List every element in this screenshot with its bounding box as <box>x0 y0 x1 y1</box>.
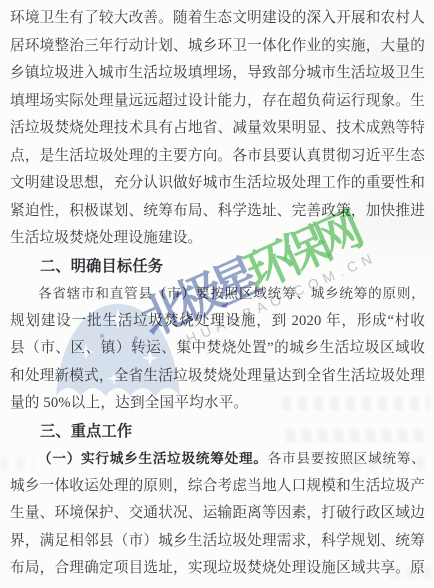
doc-line: 界，满足相邻县（市）城乡生活垃圾处理需求，科学规划、统筹 <box>10 528 425 556</box>
doc-line: （一）实行城乡生活垃圾统筹处理。各市县要按照区域统筹、 <box>10 445 425 473</box>
doc-line: 布局，合理确定项目选址，实现垃圾焚烧处理设施区域共享。原 <box>10 555 425 583</box>
doc-line: 生活垃圾焚烧处理设施建设。 <box>10 225 425 253</box>
doc-line: 填埋场实际处理量远远超过设计能力，存在超负荷运行现象。生 <box>10 88 425 116</box>
doc-line: 和处理新模式，全省生活垃圾焚烧处理量达到全省生活垃圾处理 <box>10 363 425 391</box>
doc-line: 紧迫性，积极谋划、统筹布局、科学选址、完善政策，加快推进 <box>10 198 425 226</box>
doc-line: 文明建设思想，充分认识做好城市生活垃圾处理工作的重要性和 <box>10 170 425 198</box>
section-heading-3: 三、重点工作 <box>10 418 425 446</box>
clause-heading: （一）实行城乡生活垃圾统筹处理。 <box>38 451 268 466</box>
doc-line-text: 各市县要按照区域统筹、 <box>268 451 425 466</box>
document-page: 环境卫生有了较大改善。随着生态文明建设的深入开展和农村人 居环境整治三年行动计划… <box>0 0 434 588</box>
doc-line: 生量、环境保护、交通状况、运输距离等因素，打破行政区域边 <box>10 500 425 528</box>
doc-line: 乡镇垃圾进入城市生活垃圾填埋场，导致部分城市生活垃圾卫生 <box>10 60 425 88</box>
doc-line: 活垃圾焚烧处理技术具有占地省、减量效果明显、技术成熟等特 <box>10 115 425 143</box>
doc-line: 居环境整治三年行动计划、城乡环卫一体化作业的实施，大量的 <box>10 33 425 61</box>
doc-line: 量的 50%以上，达到全国平均水平。 <box>10 390 425 418</box>
doc-line: 县（市、区、镇）转运、集中焚烧处置”的城乡生活垃圾区域收运 <box>10 335 425 363</box>
doc-line: 城乡一体收运处理的原则，综合考虑当地人口规模和生活垃圾产 <box>10 473 425 501</box>
doc-line: 环境卫生有了较大改善。随着生态文明建设的深入开展和农村人 <box>10 5 425 33</box>
doc-line: 点，是生活垃圾处理的主要方向。各市县要认真贯彻习近平生态 <box>10 143 425 171</box>
